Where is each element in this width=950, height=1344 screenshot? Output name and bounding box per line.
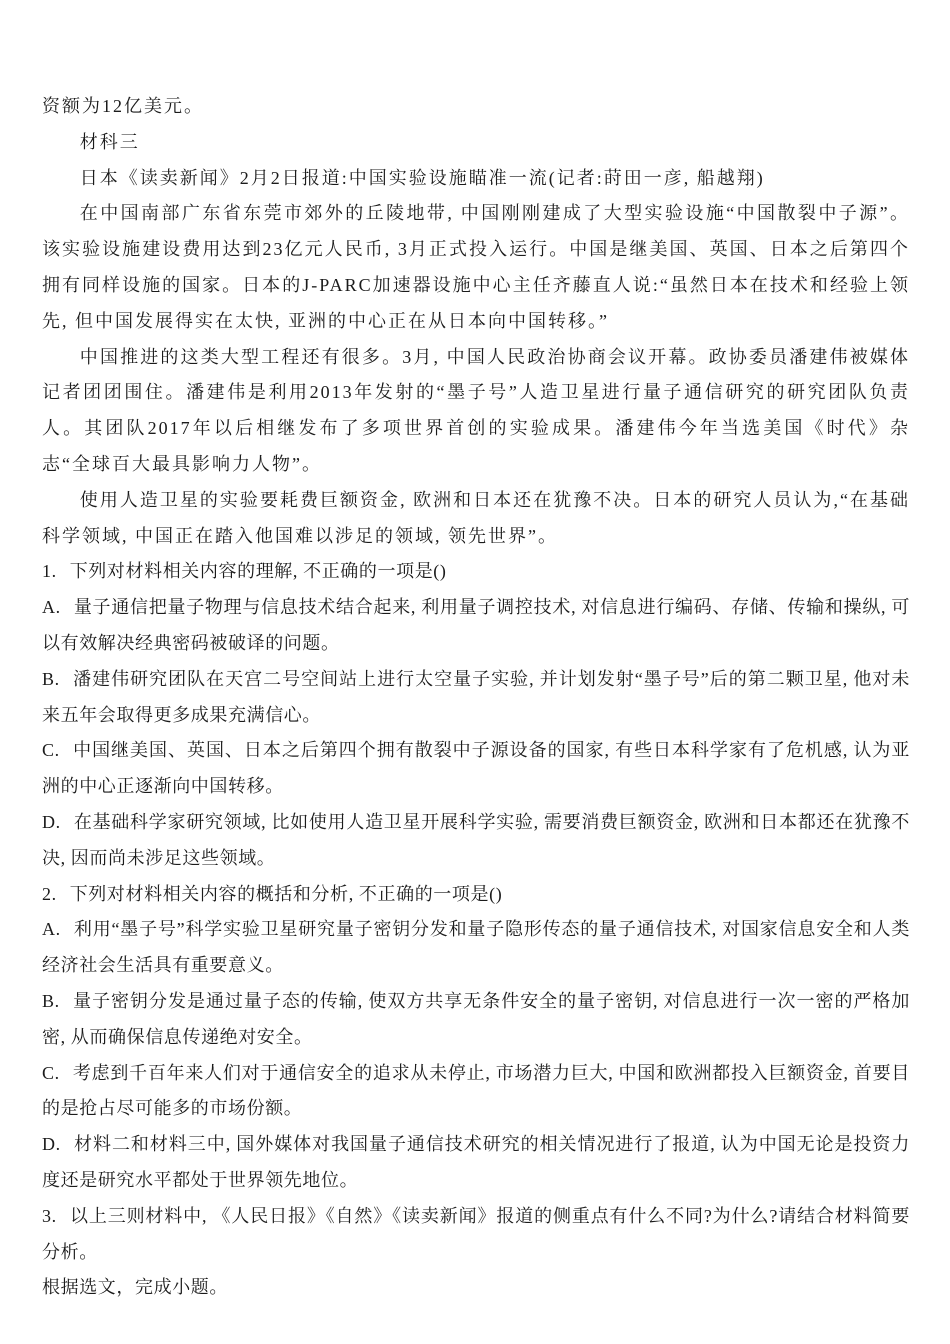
- closing-instruction: 根据选文，完成小题。: [42, 1270, 910, 1306]
- question-1-option-b-text: 潘建伟研究团队在天宫二号空间站上进行太空量子实验, 并计划发射“墨子号”后的第二…: [42, 669, 910, 725]
- question-2-number: 2.: [42, 884, 57, 904]
- material-paragraph-spallation-source: 在中国南部广东省东莞市郊外的丘陵地带, 中国刚刚建成了大型实验设施“中国散裂中子…: [42, 196, 910, 339]
- material-paragraph-satellite-cost: 使用人造卫星的实验要耗费巨额资金, 欧洲和日本还在犹豫不决。日本的研究人员认为,…: [42, 483, 910, 555]
- question-1-option-a: A.量子通信把量子物理与信息技术结合起来, 利用量子调控技术, 对信息进行编码、…: [42, 590, 910, 662]
- question-1-option-b-label: B.: [42, 669, 60, 689]
- paragraph-continuation: 资额为12亿美元。: [42, 89, 910, 125]
- material-three-byline: 日本《读卖新闻》2月2日报道:中国实验设施瞄准一流(记者:莳田一彦, 船越翔): [42, 161, 910, 197]
- question-1-option-c-text: 中国继美国、英国、日本之后第四个拥有散裂中子源设备的国家, 有些日本科学家有了危…: [42, 740, 910, 796]
- question-2-option-b: B.量子密钥分发是通过量子态的传输, 使双方共享无条件安全的量子密钥, 对信息进…: [42, 984, 910, 1056]
- question-1-option-c: C.中国继美国、英国、日本之后第四个拥有散裂中子源设备的国家, 有些日本科学家有…: [42, 733, 910, 805]
- question-2: 2.下列对材料相关内容的概括和分析, 不正确的一项是(): [42, 877, 910, 913]
- material-paragraph-pan-jianwei: 中国推进的这类大型工程还有很多。3月, 中国人民政治协商会议开幕。政协委员潘建伟…: [42, 340, 910, 483]
- exam-document-page: 资额为12亿美元。 材科三 日本《读卖新闻》2月2日报道:中国实验设施瞄准一流(…: [0, 0, 950, 1344]
- question-2-option-b-text: 量子密钥分发是通过量子态的传输, 使双方共享无条件安全的量子密钥, 对信息进行一…: [42, 991, 910, 1047]
- material-three-heading: 材科三: [42, 125, 910, 161]
- question-1-option-a-label: A.: [42, 597, 61, 617]
- question-2-option-d-text: 材料二和材料三中, 国外媒体对我国量子通信技术研究的相关情况进行了报道, 认为中…: [42, 1134, 910, 1190]
- question-1: 1.下列对材料相关内容的理解, 不正确的一项是(): [42, 554, 910, 590]
- question-2-option-d: D.材料二和材料三中, 国外媒体对我国量子通信技术研究的相关情况进行了报道, 认…: [42, 1127, 910, 1199]
- question-1-option-d-label: D.: [42, 812, 61, 832]
- question-2-option-c-label: C.: [42, 1063, 60, 1083]
- question-1-option-d: D.在基础科学家研究领域, 比如使用人造卫星开展科学实验, 需要消费巨额资金, …: [42, 805, 910, 877]
- question-1-stem: 下列对材料相关内容的理解, 不正确的一项是(): [70, 561, 447, 581]
- question-2-option-a-text: 利用“墨子号”科学实验卫星研究量子密钥分发和量子隐形传态的量子通信技术, 对国家…: [42, 919, 910, 975]
- question-1-option-d-text: 在基础科学家研究领域, 比如使用人造卫星开展科学实验, 需要消费巨额资金, 欧洲…: [42, 812, 910, 868]
- question-3: 3.以上三则材料中, 《人民日报》《自然》《读卖新闻》报道的侧重点有什么不同?为…: [42, 1199, 910, 1271]
- question-2-option-a-label: A.: [42, 919, 61, 939]
- question-2-option-d-label: D.: [42, 1134, 61, 1154]
- question-2-option-c: C.考虑到千百年来人们对于通信安全的追求从未停止, 市场潜力巨大, 中国和欧洲都…: [42, 1056, 910, 1128]
- question-3-stem: 以上三则材料中, 《人民日报》《自然》《读卖新闻》报道的侧重点有什么不同?为什么…: [42, 1206, 910, 1262]
- question-2-option-a: A.利用“墨子号”科学实验卫星研究量子密钥分发和量子隐形传态的量子通信技术, 对…: [42, 912, 910, 984]
- question-1-number: 1.: [42, 561, 57, 581]
- question-1-option-c-label: C.: [42, 740, 60, 760]
- question-1-option-a-text: 量子通信把量子物理与信息技术结合起来, 利用量子调控技术, 对信息进行编码、存储…: [42, 597, 910, 653]
- question-2-stem: 下列对材料相关内容的概括和分析, 不正确的一项是(): [70, 884, 503, 904]
- question-1-option-b: B.潘建伟研究团队在天宫二号空间站上进行太空量子实验, 并计划发射“墨子号”后的…: [42, 662, 910, 734]
- question-2-option-b-label: B.: [42, 991, 60, 1011]
- question-3-number: 3.: [42, 1206, 57, 1226]
- question-2-option-c-text: 考虑到千百年来人们对于通信安全的追求从未停止, 市场潜力巨大, 中国和欧洲都投入…: [42, 1063, 910, 1119]
